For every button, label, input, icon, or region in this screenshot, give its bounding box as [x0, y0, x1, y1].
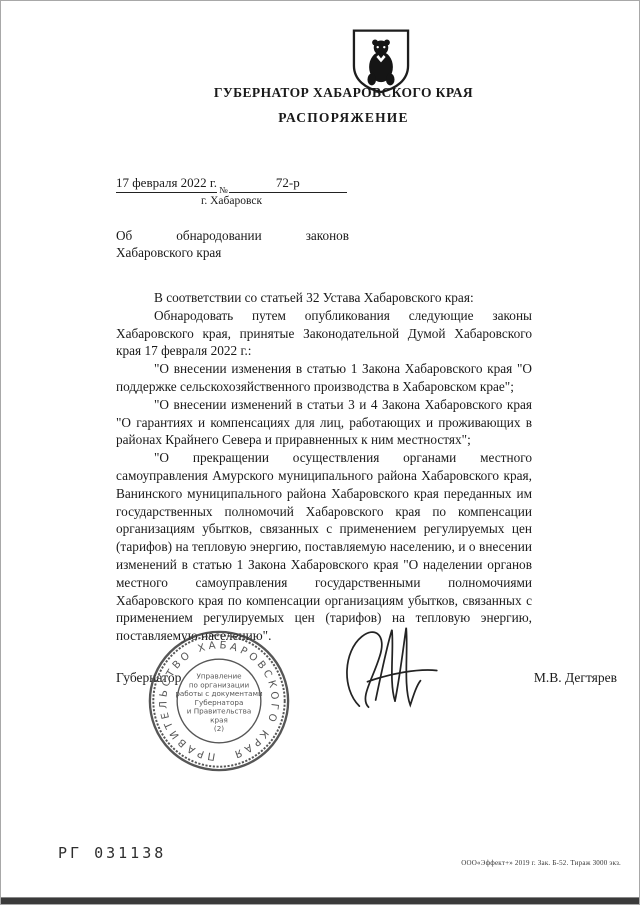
document-type-title: РАСПОРЯЖЕНИЕ	[116, 110, 571, 126]
subject-line: Об обнародовании законов	[116, 228, 349, 245]
body-paragraph: "О внесении изменения в статью 1 Закона …	[116, 360, 532, 396]
body-paragraph: "О прекращении осуществления органами ме…	[116, 449, 532, 645]
document-page: ГУБЕРНАТОР ХАБАРОВСКОГО КРАЯ РАСПОРЯЖЕНИ…	[0, 0, 640, 905]
stamp-center-line: и Правительства	[187, 707, 251, 716]
body-paragraph: Обнародовать путем опубликования следующ…	[116, 307, 532, 360]
subject-block: Об обнародовании законов Хабаровского кр…	[116, 228, 349, 261]
document-number: 72-р	[229, 175, 347, 193]
issuing-authority: ГУБЕРНАТОР ХАБАРОВСКОГО КРАЯ	[116, 85, 571, 101]
stamp-center-line: по организации	[189, 680, 250, 689]
document-date: 17 февраля 2022 г.	[116, 175, 217, 193]
stamp-center-line: (2)	[214, 724, 224, 733]
body-paragraph: В соответствии со статьей 32 Устава Хаба…	[116, 289, 532, 307]
date-number-block: 17 февраля 2022 г.№72-р г. Хабаровск	[116, 175, 347, 207]
body-paragraph: "О внесении изменений в статьи 3 и 4 Зак…	[116, 396, 532, 449]
city-label: г. Хабаровск	[116, 195, 347, 207]
signer-name: М.В. Дегтярев	[534, 670, 617, 686]
print-shop-imprint: ООО«Эффект+» 2019 г. Зак. Б-52. Тираж 30…	[461, 859, 621, 867]
stamp-center-line: Управление	[196, 672, 242, 681]
stamp-center-line: Губернатора	[195, 698, 244, 707]
handwritten-signature	[339, 623, 451, 718]
official-round-stamp: ПРАВИТЕЛЬСТВО ХАБАРОВСКОГО КРАЯ ★ Управл…	[146, 628, 292, 774]
document-body: В соответствии со статьей 32 Устава Хаба…	[116, 289, 532, 645]
subject-line: Хабаровского края	[116, 245, 349, 262]
scan-bottom-edge	[1, 897, 639, 904]
stamp-center-line: края	[210, 715, 228, 724]
number-sign: №	[217, 185, 229, 195]
stamp-center-line: работы с документами	[175, 689, 263, 698]
registration-code: РГ 031138	[58, 844, 166, 862]
document-header: ГУБЕРНАТОР ХАБАРОВСКОГО КРАЯ РАСПОРЯЖЕНИ…	[116, 85, 571, 126]
